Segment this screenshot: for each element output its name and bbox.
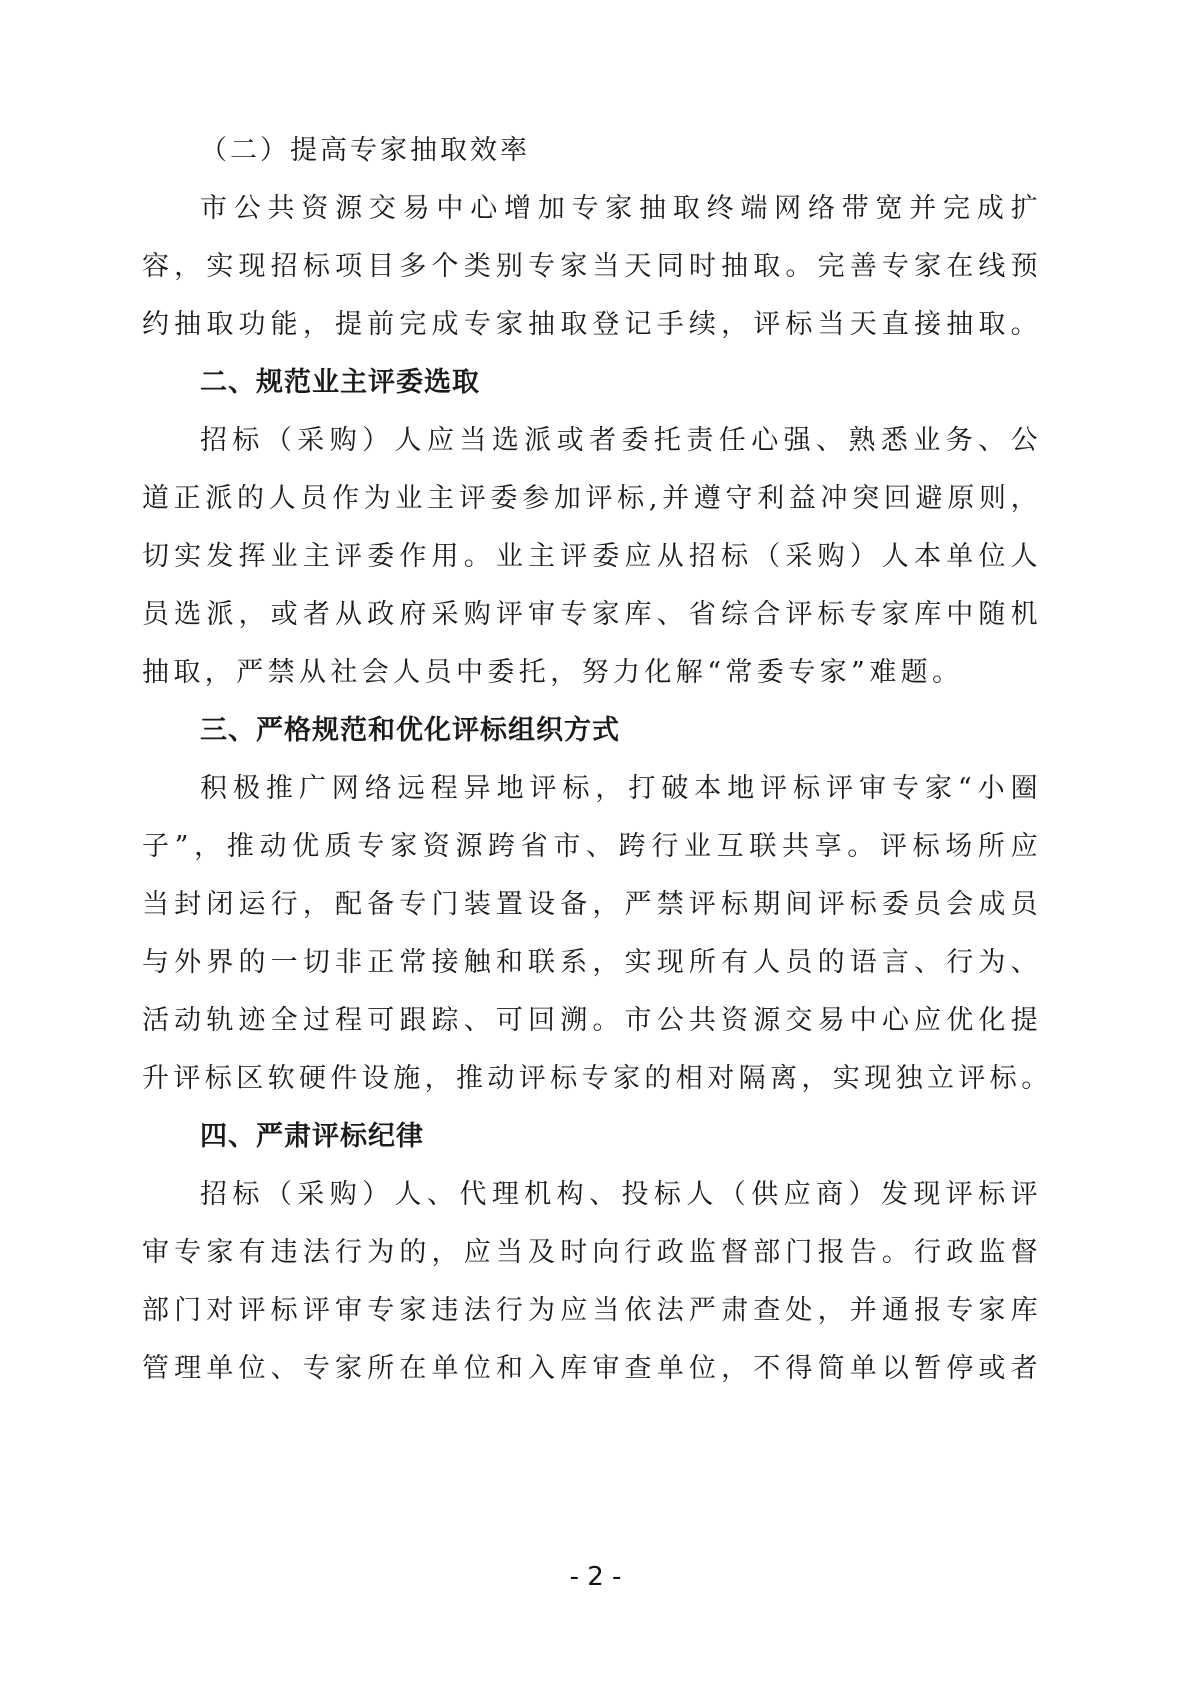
paragraph-line: 道正派的人员作为业主评委参加评标,并遵守利益冲突回避原则，	[142, 470, 1042, 528]
paragraph-line: 抽取，严禁从社会人员中委托，努力化解“常委专家”难题。	[142, 644, 1042, 702]
paragraph-line: 活动轨迹全过程可跟踪、可回溯。市公共资源交易中心应优化提	[142, 992, 1042, 1050]
paragraph-line: 切实发挥业主评委作用。业主评委应从招标（采购）人本单位人	[142, 528, 1042, 586]
section-heading: （二）提高专家抽取效率	[142, 122, 1042, 180]
paragraph-line: 容，实现招标项目多个类别专家当天同时抽取。完善专家在线预	[142, 238, 1042, 296]
paragraph-line: 升评标区软硬件设施，推动评标专家的相对隔离，实现独立评标。	[142, 1050, 1042, 1108]
paragraph-line: 约抽取功能，提前完成专家抽取登记手续，评标当天直接抽取。	[142, 296, 1042, 354]
section-heading: 三、严格规范和优化评标组织方式	[142, 702, 1042, 760]
paragraph-line: 部门对评标评审专家违法行为应当依法严肃查处，并通报专家库	[142, 1282, 1042, 1340]
paragraph-line: 招标（采购）人应当选派或者委托责任心强、熟悉业务、公	[142, 412, 1042, 470]
paragraph-line: 当封闭运行，配备专门装置设备，严禁评标期间评标委员会成员	[142, 876, 1042, 934]
paragraph-line: 与外界的一切非正常接触和联系，实现所有人员的语言、行为、	[142, 934, 1042, 992]
paragraph-line: 招标（采购）人、代理机构、投标人（供应商）发现评标评	[142, 1166, 1042, 1224]
document-body: （二）提高专家抽取效率 市公共资源交易中心增加专家抽取终端网络带宽并完成扩 容，…	[142, 122, 1042, 1398]
document-page: （二）提高专家抽取效率 市公共资源交易中心增加专家抽取终端网络带宽并完成扩 容，…	[0, 0, 1191, 1684]
paragraph-line: 积极推广网络远程异地评标，打破本地评标评审专家“小圈	[142, 760, 1042, 818]
paragraph-line: 市公共资源交易中心增加专家抽取终端网络带宽并完成扩	[142, 180, 1042, 238]
paragraph-line: 员选派，或者从政府采购评审专家库、省综合评标专家库中随机	[142, 586, 1042, 644]
section-heading: 二、规范业主评委选取	[142, 354, 1042, 412]
paragraph-line: 子”，推动优质专家资源跨省市、跨行业互联共享。评标场所应	[142, 818, 1042, 876]
paragraph-line: 管理单位、专家所在单位和入库审查单位，不得简单以暂停或者	[142, 1340, 1042, 1398]
section-heading: 四、严肃评标纪律	[142, 1108, 1042, 1166]
page-number: - 2 -	[0, 1562, 1191, 1592]
paragraph-line: 审专家有违法行为的，应当及时向行政监督部门报告。行政监督	[142, 1224, 1042, 1282]
